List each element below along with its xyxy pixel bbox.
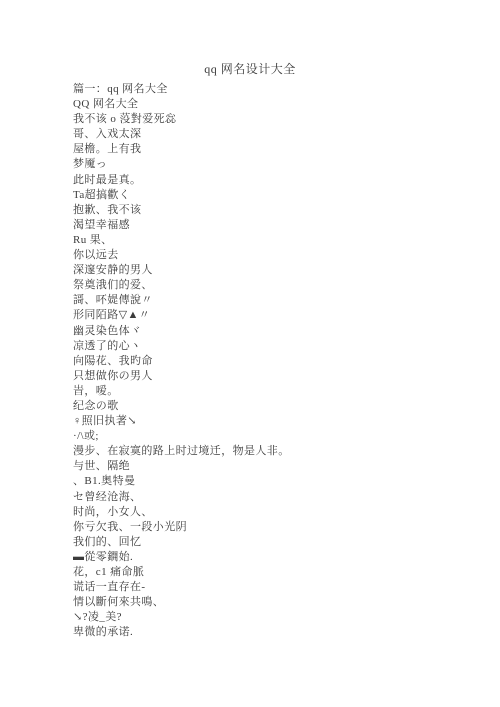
nickname-line: Ta超搞歡く [73,188,480,203]
nickname-line: 深邃安静的男人 [73,263,480,278]
nickname-line: 漫步、在寂寞的路上时过境迁，物是人非。 [73,444,480,459]
nickname-line: 旹，嗳。 [73,384,480,399]
nickname-line: 与世、隔绝 [73,459,480,474]
nickname-line: 我们的、回忆 [73,535,480,550]
nickname-line: 此时最是真。 [73,173,480,188]
nickname-list: 篇一：qq 网名大全QQ 网名大全我不该 o 莈對爱死惢哥、入戏太深屋檐。上有我… [73,82,480,640]
nickname-line: 屋檐。上有我 [73,142,480,157]
nickname-line: ↘?凌_美? [73,610,480,625]
nickname-line: ·/\或; [73,429,480,444]
nickname-line: 形同陌路▽▲〃 [73,308,480,323]
page-title: qq 网名设计大全 [0,60,500,77]
nickname-line: 謌、吥媞傳說〃 [73,293,480,308]
nickname-line: 、B1.奥特曼 [73,474,480,489]
nickname-line: 谎话一直存在- [73,580,480,595]
nickname-line: 向陽花、我旳命 [73,354,480,369]
nickname-line: ♀照旧执著↘ [73,414,480,429]
nickname-line: 只想做你の男人 [73,369,480,384]
nickname-line: ▬從零鐦始. [73,550,480,565]
nickname-line: 哥、入戏太深 [73,127,480,142]
nickname-line: 卑微的承诺. [73,625,480,640]
document-page: qq 网名设计大全 篇一：qq 网名大全QQ 网名大全我不该 o 莈對爱死惢哥、… [0,0,500,707]
nickname-line: 时尚，小女人、 [73,505,480,520]
nickname-line: 你亏欠我、一段小光阴 [73,520,480,535]
nickname-line: 祭奠涐们的爱、 [73,278,480,293]
nickname-line: 渴望幸福感 [73,218,480,233]
nickname-line: 幽灵染色体ヾ [73,324,480,339]
nickname-line: 我不该 o 莈對爱死惢 [73,112,480,127]
nickname-line: 纪念の歌 [73,399,480,414]
nickname-line: 情以斷何來共鳴、 [73,595,480,610]
nickname-line: 篇一：qq 网名大全 [73,82,480,97]
nickname-line: QQ 网名大全 [73,97,480,112]
nickname-line: 凉透了的心ヽ [73,339,480,354]
nickname-line: 抱歉、我不该 [73,203,480,218]
nickname-line: 花，c1 痛命脈 [73,565,480,580]
nickname-line: セ曾经沧海、 [73,490,480,505]
nickname-line: Ru 果、 [73,233,480,248]
nickname-line: 你以远去 [73,248,480,263]
nickname-line: 梦魇っ [73,157,480,172]
